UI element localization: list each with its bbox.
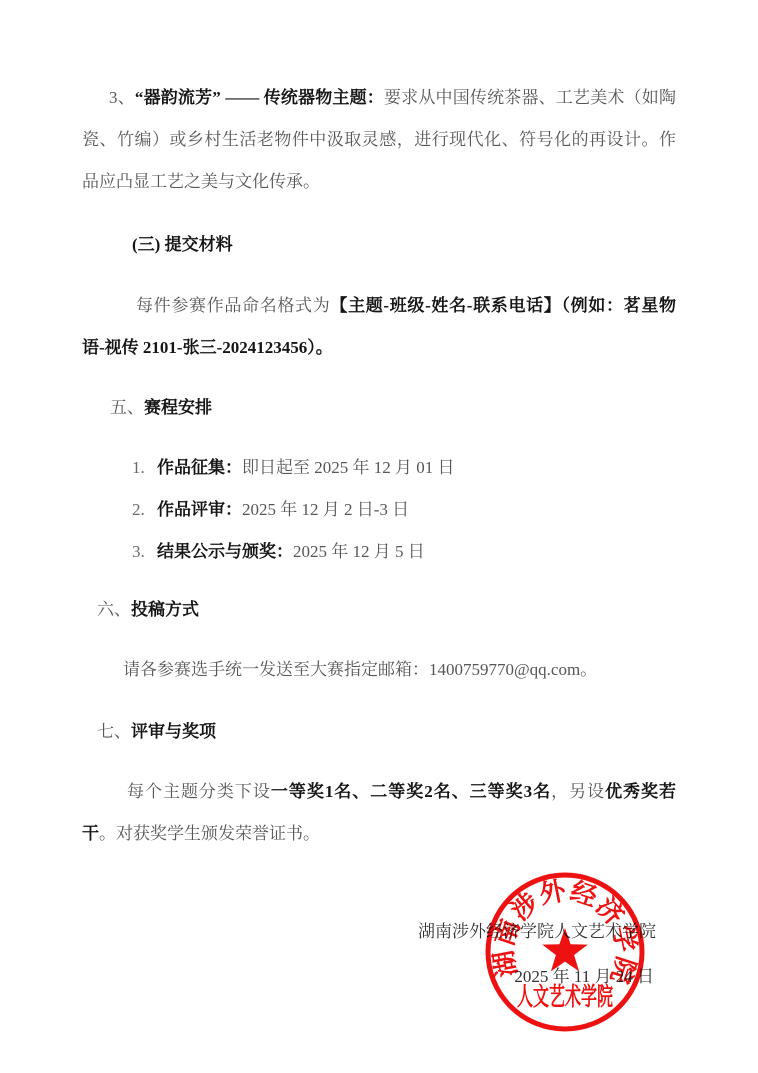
awards-seg1: 每个主题分类下设 — [127, 782, 271, 801]
signature-organization: 湖南涉外经济学院人文艺术学院 — [82, 911, 656, 953]
schedule-item-number: 3. — [132, 531, 157, 573]
schedule-item-number: 1. — [132, 447, 157, 489]
schedule-item-label: 作品评审： — [157, 500, 242, 519]
heading-submission-method: 六、投稿方式 — [97, 589, 676, 631]
heading-awards-title: 评审与奖项 — [131, 722, 216, 741]
paragraph-awards: 每个主题分类下设一等奖1名、二等奖2名、三等奖3名，另设优秀奖若干。对获奖学生颁… — [82, 771, 676, 855]
theme3-title: “器韵流芳” —— 传统器物主题： — [135, 88, 384, 107]
schedule-item-label: 结果公示与颁奖： — [157, 542, 293, 561]
schedule-item-value: 即日起至 2025 年 12 月 01 日 — [242, 458, 455, 477]
heading-schedule: 五、赛程安排 — [110, 387, 676, 429]
paragraph-naming-format: 每件参赛作品命名格式为【主题-班级-姓名-联系电话】（例如：茗星物语-视传 21… — [82, 285, 676, 369]
paragraph-email: 请各参赛选手统一发送至大赛指定邮箱：1400759770@qq.com。 — [82, 649, 676, 691]
schedule-item-label: 作品征集： — [157, 458, 242, 477]
heading-submit-materials: (三) 提交材料 — [132, 224, 676, 266]
heading-schedule-number: 五、 — [110, 398, 144, 417]
schedule-list: 1.作品征集：即日起至 2025 年 12 月 01 日 2.作品评审：2025… — [82, 447, 676, 573]
signature-date: 2025 年 11 月 24 日 — [82, 956, 654, 998]
theme3-number: 3、 — [109, 88, 135, 107]
schedule-item-value: 2025 年 12 月 2 日-3 日 — [242, 500, 409, 519]
email-prefix: 请各参赛选手统一发送至大赛指定邮箱： — [123, 660, 429, 679]
heading-schedule-title: 赛程安排 — [144, 398, 212, 417]
paragraph-theme3: 3、“器韵流芳” —— 传统器物主题：要求从中国传统茶器、工艺美术（如陶瓷、竹编… — [82, 77, 676, 203]
schedule-item-number: 2. — [132, 489, 157, 531]
heading-awards-number: 七、 — [97, 722, 131, 741]
awards-prizes: 一等奖1名、二等奖2名、三等奖3名 — [271, 782, 551, 801]
schedule-item-results: 3.结果公示与颁奖：2025 年 12 月 5 日 — [132, 531, 676, 573]
awards-seg3: ，另设 — [551, 782, 605, 801]
naming-prefix: 每件参赛作品命名格式为 — [136, 296, 330, 315]
schedule-item-collection: 1.作品征集：即日起至 2025 年 12 月 01 日 — [132, 447, 676, 489]
email-address: 1400759770@qq.com。 — [429, 660, 597, 679]
awards-seg5: 。对获奖学生颁发荣誉证书。 — [99, 824, 320, 843]
heading-awards: 七、评审与奖项 — [97, 711, 676, 753]
heading-submission-number: 六、 — [97, 600, 131, 619]
document-page: 3、“器韵流芳” —— 传统器物主题：要求从中国传统茶器、工艺美术（如陶瓷、竹编… — [0, 0, 758, 1073]
schedule-item-review: 2.作品评审：2025 年 12 月 2 日-3 日 — [132, 489, 676, 531]
heading-submission-title: 投稿方式 — [131, 600, 199, 619]
schedule-item-value: 2025 年 12 月 5 日 — [293, 542, 425, 561]
